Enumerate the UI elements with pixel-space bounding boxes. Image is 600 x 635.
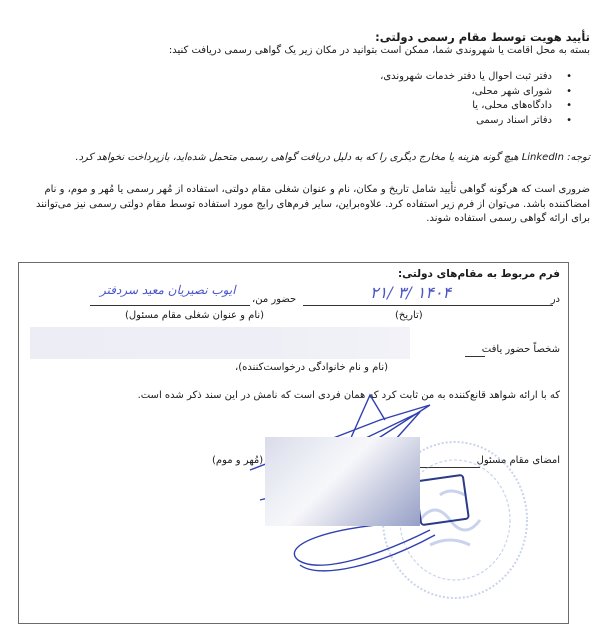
signature-label: امضای مقام مسئول <box>477 455 560 466</box>
list-item: دادگاه‌های محلی، یا <box>380 99 574 114</box>
list-item: دفاتر اسناد رسمی <box>380 114 574 129</box>
applicant-caption: (نام و نام خانوادگی درخواست‌کننده)، <box>235 362 388 373</box>
applicant-line <box>465 356 485 357</box>
page-title: تأیید هویت توسط مقام رسمی دولتی: <box>375 30 590 44</box>
requirements-paragraph: ضروری است که هرگونه گواهی تأیید شامل تار… <box>30 183 590 227</box>
appeared-label: شخصاً حضور یافت <box>482 344 560 355</box>
date-caption: (تاریخ) <box>395 310 423 321</box>
list-item: دفتر ثبت احوال یا دفتر خدمات شهروندی، <box>380 70 574 85</box>
statement-text: که با ارائه شواهد قانع‌کننده به من ثابت … <box>138 390 560 401</box>
intro-text: بسته به محل اقامت یا شهروندی شما، ممکن ا… <box>169 45 590 56</box>
office-list: دفتر ثبت احوال یا دفتر خدمات شهروندی، شو… <box>380 70 574 128</box>
paragraph-line: امضاکننده باشد. می‌توان از فرم زیر استفا… <box>30 198 590 213</box>
redacted-signature-area <box>265 437 420 526</box>
date-line <box>303 305 553 306</box>
official-caption: (نام و عنوان شغلی مقام مسئول) <box>125 310 264 321</box>
redacted-applicant-name <box>30 327 410 359</box>
signature-line <box>420 467 480 468</box>
official-handwritten: ایوب نصیریان معید سردفتر <box>100 283 236 297</box>
linkedin-note: توجه: LinkedIn هیچ گونه هزینه یا مخارج د… <box>75 152 590 163</box>
paragraph-line: برای ارائه گواهی رسمی استفاده شوند. <box>30 212 590 227</box>
official-line <box>90 305 250 306</box>
paragraph-line: ضروری است که هرگونه گواهی تأیید شامل تار… <box>30 183 590 198</box>
form-title: فرم مربوط به مقام‌های دولتی: <box>398 268 560 280</box>
seal-caption: (مُهر و موم) <box>212 455 263 466</box>
date-handwritten: ۱۴۰۴ /۳ /۲۱ <box>370 283 451 302</box>
list-item: شورای شهر محلی، <box>380 85 574 100</box>
presence-label: حضور من، <box>252 294 296 305</box>
in-label: در <box>551 294 560 305</box>
